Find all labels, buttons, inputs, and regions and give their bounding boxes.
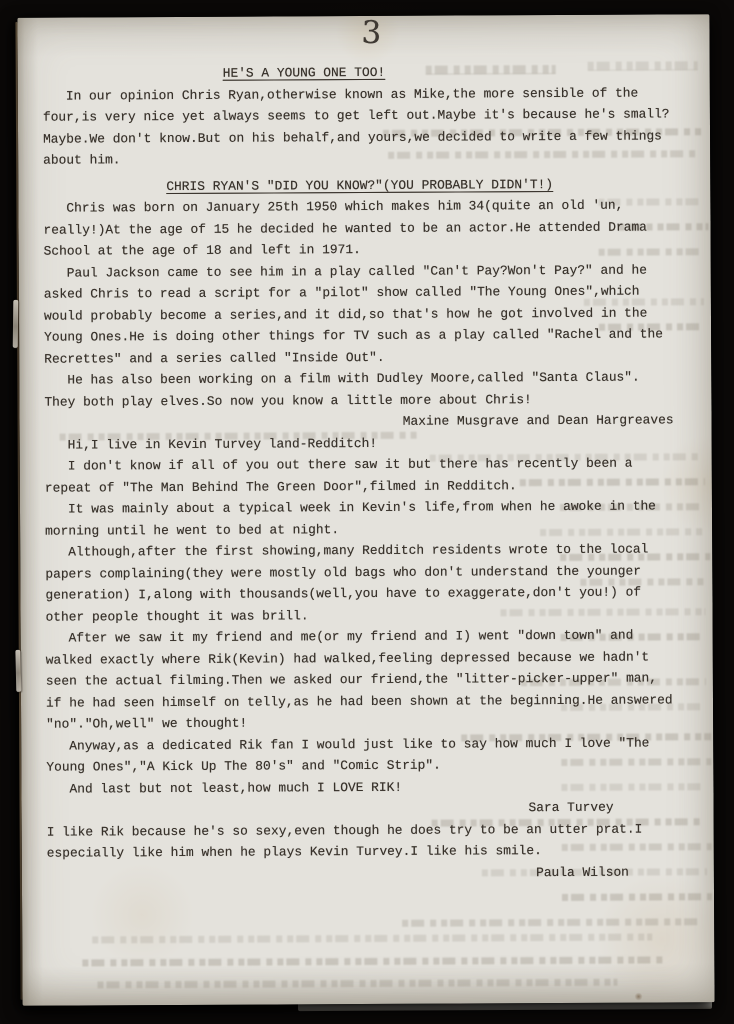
byline-paula-wilson: Paula Wilson [47,861,709,886]
paragraph: Paul Jackson came to see him in a play c… [44,259,707,370]
bleedthrough-line [82,956,662,966]
bleedthrough-line [562,893,712,901]
paragraph: I don't know if all of you out there saw… [45,452,707,498]
paragraph: I like Rik because he's so sexy,even tho… [47,818,709,864]
page-number: 3 [361,16,382,51]
page-content: HE'S A YOUNG ONE TOO! In our opinion Chr… [43,60,709,885]
paragraph: He has also been working on a film with … [44,366,706,412]
byline-sara-turvey: Sara Turvey [47,796,709,821]
staple-icon [15,650,21,692]
photo-background: 3 HE'S A YOUNG ONE TOO! In our opinion C… [0,0,734,1024]
article-title-young-one: HE'S A YOUNG ONE TOO! [223,60,705,84]
paragraph: After we saw it my friend and me(or my f… [46,624,709,735]
paragraph: It was mainly about a typical week in Ke… [45,495,707,541]
byline-maxine-and-dean: Maxine Musgrave and Dean Hargreaves [44,409,706,434]
bleedthrough-line [92,934,652,944]
article-title-did-you-know: CHRIS RYAN'S "DID YOU KNOW?"(YOU PROBABL… [166,173,705,197]
paragraph: In our opinion Chris Ryan,otherwise know… [43,82,705,171]
paragraph: Although,after the first showing,many Re… [45,538,707,627]
bleedthrough-line [97,979,617,989]
bleedthrough-line [402,918,702,927]
zine-page: 3 HE'S A YOUNG ONE TOO! In our opinion C… [17,14,714,1006]
staple-icon [13,300,19,348]
paragraph: Anyway,as a dedicated Rik fan I would ju… [46,732,708,778]
paragraph: Chris was born on January 25th 1950 whic… [43,194,705,262]
